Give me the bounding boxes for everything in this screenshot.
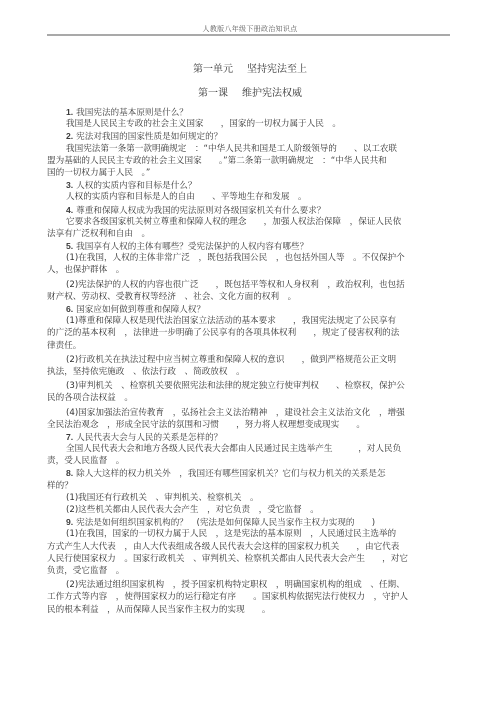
question-3: 3.人权的实质内容和目标是什么？	[47, 179, 449, 191]
answer-line: (4)国家加强法治宣传教育 ，弘扬社会主义法治精神 ，建设社会主义法治文化 ，增…	[47, 407, 449, 419]
answer-line: (1)尊重和保障人权是现代法治国家立法活动的基本要求 ，我国宪法规定了公民享有	[47, 315, 449, 327]
answer-line: 律责任。	[47, 340, 449, 352]
answer-line: (2)宪法通过组织国家机构 ，授予国家机构特定职权 ，明确国家机构的组成 、任期…	[47, 579, 449, 591]
document-page: 人教版八年级下册政治知识点 第一单元坚持宪法至上 第一课维护宪法权威 1.我国宪…	[0, 0, 500, 708]
answer-line: 国的一切权力属于人民 。”	[47, 167, 449, 179]
answer-line: 执法，坚持依宪施政 、依法行政 、简政放权 。	[47, 366, 449, 378]
answer-line: (2)宪法保护的人权的内容也很广泛 ，既包括平等权和人身权利 ，政治权利，也包括	[47, 279, 449, 291]
answer-line: (1)在我国，人权的主体非常广泛 ，既包括我国公民 ，也包括外国人等 。不仅保护…	[47, 252, 449, 264]
answer-line: 法享有广泛权利和自由 。	[47, 228, 449, 240]
question-2: 2.宪法对我国的国家性质是如何规定的？	[47, 130, 449, 142]
question-7: 7.人民代表大会与人民的关系是怎样的？	[47, 431, 449, 443]
answer-line: 它要求各级国家机关树立尊重和保障人权的理念 ，加强人权法治保障 ，保证人民依	[47, 216, 449, 228]
running-header: 人教版八年级下册政治知识点	[0, 24, 500, 34]
question-8-cont: 样的？	[47, 480, 449, 492]
answer-line: (2)这些机关都由人民代表大会产生 ，对它负责 ，受它监督 。	[47, 504, 449, 516]
question-1: 1.我国宪法的基本原则是什么？	[47, 106, 449, 118]
answer-line: (1)在我国，国家的一切权力属于人民 ，这是宪法的基本原则 ，人民通过民主选举的	[47, 528, 449, 540]
answer-line: 工作方式等内容 ，使得国家权力的运行稳定有序 。国家机构依据宪法行使权力 ，守护…	[47, 591, 449, 603]
answer-line: 财产权、劳动权、受教育权等经济 、社会、文化方面的权利 。	[47, 291, 449, 303]
answer-line: 的广泛的基本权利 ，法律进一步明确了公民享有的各项具体权利 ，规定了侵害权利的法	[47, 327, 449, 339]
question-8: 8.除人大这样的权力机关外 ，我国还有哪些国家机关？它们与权力机关的关系是怎	[47, 467, 449, 479]
answer-line: 我国宪法第一条第一款明确规定 ：“中华人民共和国是工人阶级领导的 、以工农联	[47, 143, 449, 155]
lesson-label: 第一课	[198, 88, 228, 99]
header-divider	[47, 34, 450, 36]
answer-line: 全国人民代表大会和地方各级人民代表大会都由人民通过民主选举产生 ，对人民负	[47, 443, 449, 455]
answer-line: 人权的实质内容和目标是人的自由 、平等地生存和发展 。	[47, 191, 449, 203]
unit-name: 坚持宪法至上	[247, 64, 307, 75]
answer-line: (1)我国还有行政机关 、审判机关、检察机关 。	[47, 492, 449, 504]
unit-title: 第一单元坚持宪法至上	[0, 60, 500, 75]
answer-line: (3)审判机关 、检察机关要依照宪法和法律的规定独立行使审判权 、检察权，保护公	[47, 380, 449, 392]
lesson-name: 维护宪法权威	[242, 88, 302, 99]
unit-label: 第一单元	[193, 64, 233, 75]
question-9: 9.宪法是如何组织国家机构的？ (宪法是如何保障人民当家作主权力实现的 )	[47, 516, 449, 528]
document-body: 1.我国宪法的基本原则是什么？ 我国是人民民主专政的社会主义国家 ，国家的一切权…	[47, 106, 449, 616]
answer-line: 责，受人民监督 。	[47, 455, 449, 467]
answer-line: 人，也保护群体 。	[47, 264, 449, 276]
answer-line: 民的根本利益 ，从而保障人民当家作主权力的实现 。	[47, 604, 449, 616]
answer-line: 民的各项合法权益 。	[47, 392, 449, 404]
lesson-title: 第一课维护宪法权威	[0, 84, 500, 99]
answer-line: 方式产生人大代表 ，由人大代表组成各级人民代表大会这样的国家权力机关 ，由它代表	[47, 541, 449, 553]
question-6: 6.国家应如何做到尊重和保障人权？	[47, 303, 449, 315]
answer-line: 我国是人民民主专政的社会主义国家 ，国家的一切权力属于人民 。	[47, 118, 449, 130]
question-5: 5.我国享有人权的主体有哪些？受宪法保护的人权内容有哪些？	[47, 240, 449, 252]
question-4: 4.尊重和保障人权成为我国的宪法原则对各级国家机关有什么要求？	[47, 204, 449, 216]
answer-line: (2)行政机关在执法过程中应当树立尊重和保障人权的意识 ，做到严格规范公正文明	[47, 354, 449, 366]
answer-line: 人民行使国家权力 。国家行政机关 、审判机关、检察机关都由人民代表大会产生 ，对…	[47, 553, 449, 565]
answer-line: 盟为基础的人民民主专政的社会主义国家 。”第二条第一款明确规定 ：“中华人民共和	[47, 155, 449, 167]
answer-line: 全民法治观念 ，形成全民守法的氛围和习惯 ，努力将人权理想变成现实 。	[47, 419, 449, 431]
answer-line: 负责，受它监督 。	[47, 565, 449, 577]
